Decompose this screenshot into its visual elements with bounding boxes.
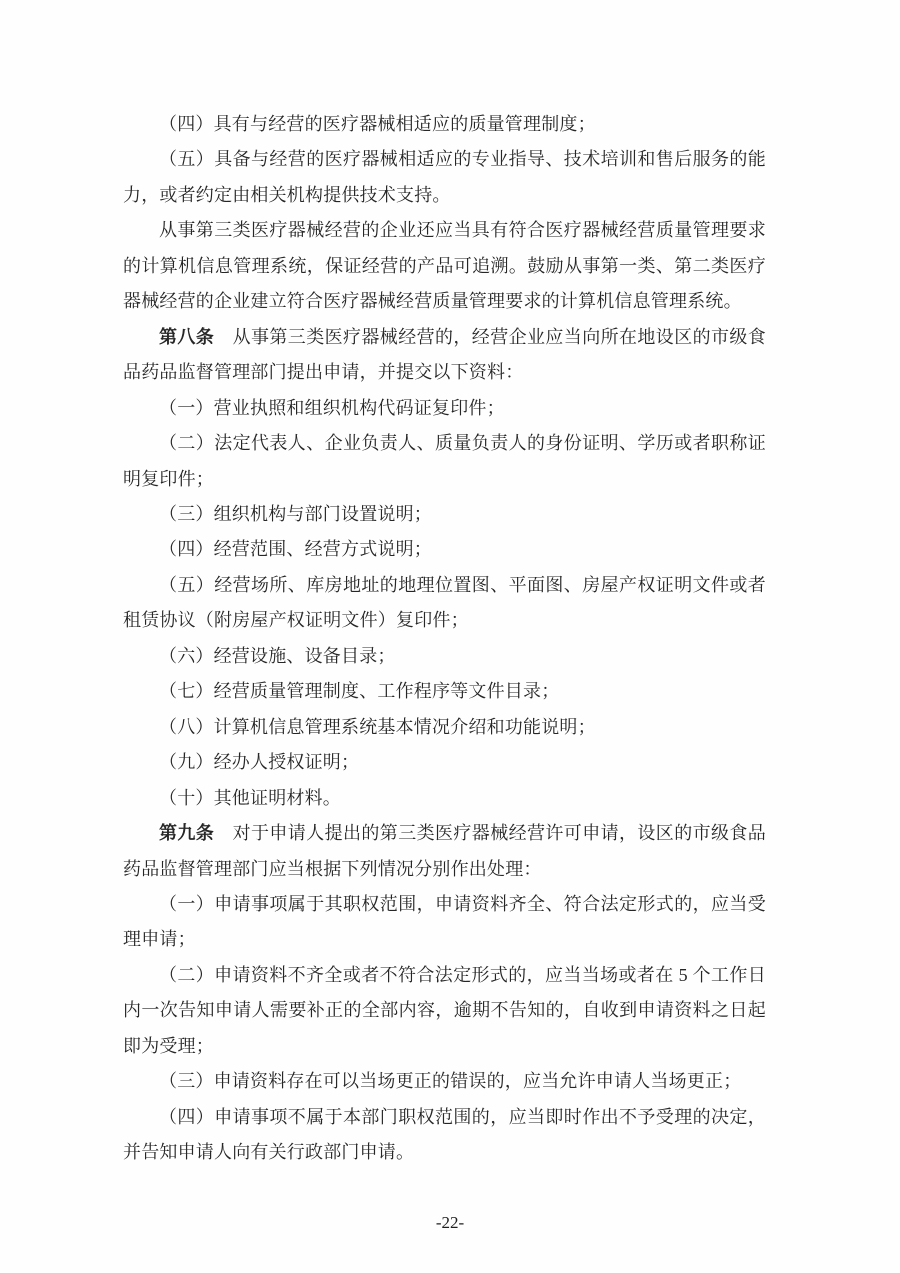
article-number: 第九条 xyxy=(159,823,214,843)
paragraph-item-2: （二）法定代表人、企业负责人、质量负责人的身份证明、学历或者职称证明复印件； xyxy=(123,426,766,497)
paragraph-article-9: 第九条 对于申请人提出的第三类医疗器械经营许可申请，设区的市级食品药品监督管理部… xyxy=(123,816,766,887)
paragraph-text: （三）组织机构与部门设置说明； xyxy=(159,504,432,524)
paragraph-text: （一）营业执照和组织机构代码证复印件； xyxy=(159,398,505,418)
paragraph-item-3: （三）组织机构与部门设置说明； xyxy=(123,497,766,532)
paragraph-text: （二）法定代表人、企业负责人、质量负责人的身份证明、学历或者职称证明复印件； xyxy=(123,433,766,488)
paragraph-text: 从事第三类医疗器械经营的，经营企业应当向所在地设区的市级食品药品监督管理部门提出… xyxy=(123,327,766,382)
paragraph-text: （六）经营设施、设备目录； xyxy=(159,646,396,666)
paragraph-item-3b: （三）申请资料存在可以当场更正的错误的，应当允许申请人当场更正； xyxy=(123,1064,766,1099)
paragraph-item-4c: （四）申请事项不属于本部门职权范围的，应当即时作出不予受理的决定，并告知申请人向… xyxy=(123,1100,766,1171)
paragraph-item-1b: （一）申请事项属于其职权范围，申请资料齐全、符合法定形式的，应当受理申请； xyxy=(123,887,766,958)
paragraph-item-4: （四）具有与经营的医疗器械相适应的质量管理制度； xyxy=(123,107,766,142)
document-body: （四）具有与经营的医疗器械相适应的质量管理制度； （五）具备与经营的医疗器械相适… xyxy=(123,107,766,1171)
paragraph-item-5b: （五）经营场所、库房地址的地理位置图、平面图、房屋产权证明文件或者租赁协议（附房… xyxy=(123,568,766,639)
paragraph-article-8: 第八条 从事第三类医疗器械经营的，经营企业应当向所在地设区的市级食品药品监督管理… xyxy=(123,320,766,391)
paragraph-text: （五）具备与经营的医疗器械相适应的专业指导、技术培训和售后服务的能力，或者约定由… xyxy=(123,149,766,204)
paragraph-item-10: （十）其他证明材料。 xyxy=(123,781,766,816)
paragraph-text: （五）经营场所、库房地址的地理位置图、平面图、房屋产权证明文件或者租赁协议（附房… xyxy=(123,575,766,630)
paragraph-item-5: （五）具备与经营的医疗器械相适应的专业指导、技术培训和售后服务的能力，或者约定由… xyxy=(123,142,766,213)
paragraph-text: （七）经营质量管理制度、工作程序等文件目录； xyxy=(159,681,559,701)
document-page: （四）具有与经营的医疗器械相适应的质量管理制度； （五）具备与经营的医疗器械相适… xyxy=(0,0,900,1273)
paragraph-body: 从事第三类医疗器械经营的企业还应当具有符合医疗器械经营质量管理要求的计算机信息管… xyxy=(123,213,766,319)
paragraph-item-8: （八）计算机信息管理系统基本情况介绍和功能说明； xyxy=(123,710,766,745)
paragraph-item-1: （一）营业执照和组织机构代码证复印件； xyxy=(123,391,766,426)
paragraph-text: （十）其他证明材料。 xyxy=(159,788,341,808)
paragraph-text: 从事第三类医疗器械经营的企业还应当具有符合医疗器械经营质量管理要求的计算机信息管… xyxy=(123,220,766,311)
paragraph-item-6: （六）经营设施、设备目录； xyxy=(123,639,766,674)
paragraph-text: 对于申请人提出的第三类医疗器械经营许可申请，设区的市级食品药品监督管理部门应当根… xyxy=(123,823,766,878)
paragraph-text: （一）申请事项属于其职权范围，申请资料齐全、符合法定形式的，应当受理申请； xyxy=(123,894,766,949)
paragraph-item-9: （九）经办人授权证明； xyxy=(123,745,766,780)
paragraph-text: （九）经办人授权证明； xyxy=(159,752,359,772)
paragraph-text: （四）申请事项不属于本部门职权范围的，应当即时作出不予受理的决定，并告知申请人向… xyxy=(123,1107,766,1162)
paragraph-item-7: （七）经营质量管理制度、工作程序等文件目录； xyxy=(123,674,766,709)
paragraph-text: （四）经营范围、经营方式说明； xyxy=(159,539,432,559)
paragraph-item-2b: （二）申请资料不齐全或者不符合法定形式的，应当当场或者在 5 个工作日内一次告知… xyxy=(123,958,766,1064)
article-number: 第八条 xyxy=(159,327,214,347)
paragraph-item-4b: （四）经营范围、经营方式说明； xyxy=(123,532,766,567)
paragraph-text: （八）计算机信息管理系统基本情况介绍和功能说明； xyxy=(159,717,596,737)
paragraph-text: （二）申请资料不齐全或者不符合法定形式的，应当当场或者在 5 个工作日内一次告知… xyxy=(123,965,766,1056)
paragraph-text: （四）具有与经营的医疗器械相适应的质量管理制度； xyxy=(159,114,596,134)
page-number: -22- xyxy=(0,1212,900,1234)
paragraph-text: （三）申请资料存在可以当场更正的错误的，应当允许申请人当场更正； xyxy=(159,1071,741,1091)
